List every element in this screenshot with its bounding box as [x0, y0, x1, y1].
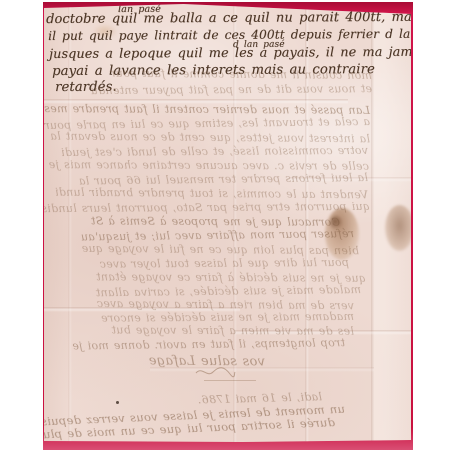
bleedthrough-line: Vendent au le commis, si tout prendre br… [48, 186, 368, 202]
interline-insertion: d lan pasé [233, 40, 285, 50]
ink-speck [116, 401, 119, 404]
interline-insertion: lan pasé [118, 4, 161, 15]
bleedthrough-line: mon cousin il me donne comme il faut pou… [144, 67, 372, 82]
bleedthrough-line: vos salue Lafage [140, 353, 265, 369]
letter-paper: doctobre quil me balla a ce quil nu para… [44, 4, 411, 442]
handwritten-line: jusques a lepoque quil me les a payais, … [49, 45, 411, 62]
ink-stain [385, 205, 411, 251]
bleedthrough-line: la interest vous jettes, que cent de ce … [50, 130, 370, 146]
bleedthrough-line: bien pas plus loin que ce ne fui le voya… [54, 242, 359, 258]
handwritten-line: doctobre quil me balla a ce quil nu para… [46, 10, 411, 27]
signature-underline [204, 380, 256, 381]
handwritten-line: il put quil paye lintrait de ces 400tt d… [48, 27, 411, 43]
bleedthrough-line: qui pourront etre prise par Sato, pourro… [58, 200, 370, 215]
bleedthrough-line: votre commission lissé, et celle de lund… [56, 144, 368, 159]
bleedthrough-line: Cornacul que je me propose à Semis à St [47, 214, 340, 229]
bleedthrough-line: trop longtemps, il faut en avoir. donne … [55, 336, 345, 353]
letter-photo: doctobre quil me balla a ce quil nu para… [43, 2, 413, 450]
bleedthrough-line: les de ma vie mien a faire le voyage but [56, 323, 354, 338]
bleedthrough-line: pour lui dire que la laisse tout loyer a… [54, 256, 349, 271]
letter-photograph-page: { "colors": { "backdrop_crimson": "#c911… [0, 0, 450, 450]
bleedthrough-line: et nous vous dit de ne pas fait payeur e… [147, 82, 372, 97]
